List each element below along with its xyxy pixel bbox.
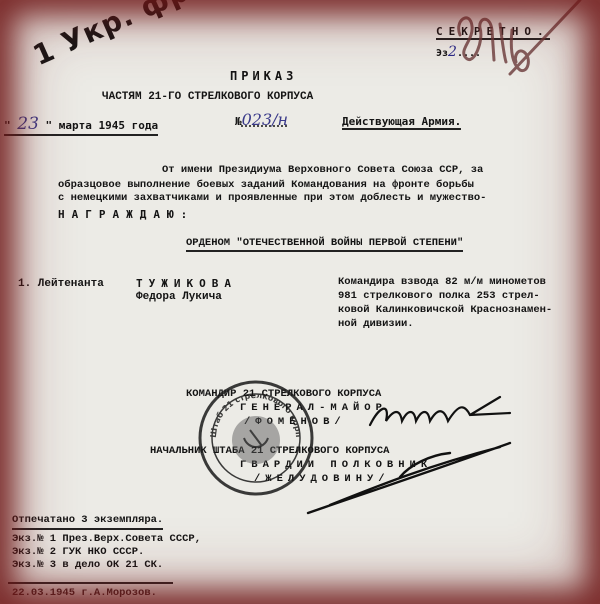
handwritten-margin-mark-icon [440, 0, 590, 80]
recipient-rank: 1. Лейтенанта [18, 279, 104, 290]
order-number-prefix: № [235, 115, 242, 128]
order-number-handwritten: 023/н [242, 110, 288, 129]
distribution-copy: Экз.№ 1 През.Верх.Совета СССР, [12, 534, 201, 545]
recipient-position-line: 981 стрелкового полка 253 стрел- [338, 291, 540, 302]
front-stamp: 1 Укр. фронт [28, 0, 247, 72]
order-date: " 23 " марта 1945 года [4, 116, 158, 136]
recipient-surname: ТУЖИКОВА [136, 278, 237, 289]
distribution-copy: Экз.№ 3 в дело ОК 21 СК. [12, 560, 163, 571]
location: Действующая Армия. [342, 116, 461, 130]
recipient-position-line: Командира взвода 82 м/м минометов [338, 277, 546, 288]
official-seal-icon: Штаб 21 стрелкового корпуса [196, 378, 316, 498]
order-name: ОРДЕНОМ "ОТЕЧЕСТВЕННОЙ ВОЙНЫ ПЕРВОЙ СТЕП… [186, 238, 463, 252]
award-verb: НАГРАЖДАЮ: [58, 209, 194, 220]
body-line: с немецкими захватчиками и проявленные п… [58, 193, 486, 204]
recipient-given-names: Федора Лукича [136, 292, 222, 303]
document-subtitle: ЧАСТЯМ 21-ГО СТРЕЛКОВОГО КОРПУСА [102, 92, 313, 103]
printed-copies-note: Отпечатано 3 экземпляра. [12, 515, 163, 530]
order-number: №023/н [235, 112, 288, 128]
document-title: ПРИКАЗ [230, 70, 297, 82]
body-line: образцовое выполнение боевых заданий Ком… [58, 180, 474, 191]
body-line: От имени Президиума Верховного Совета Со… [162, 165, 483, 176]
footer-date-typist: 22.03.1945 г.А.Морозов. [12, 588, 157, 599]
archival-document-scan: 1 Укр. фронт СЕКРЕТНО. Эз2.... ПРИКАЗ ЧА… [0, 0, 600, 604]
date-open-quote: " [4, 119, 11, 132]
distribution-copy: Экз.№ 2 ГУК НКО СССР. [12, 547, 144, 558]
footer-divider [8, 582, 173, 584]
chief-of-staff-signature-icon [300, 425, 520, 520]
date-rest: " марта 1945 года [46, 119, 159, 132]
recipient-position-line: ковой Калинковичской Краснознамен- [338, 305, 552, 316]
recipient-position-line: ной дивизии. [338, 319, 414, 330]
date-day-handwritten: 23 [17, 114, 39, 134]
